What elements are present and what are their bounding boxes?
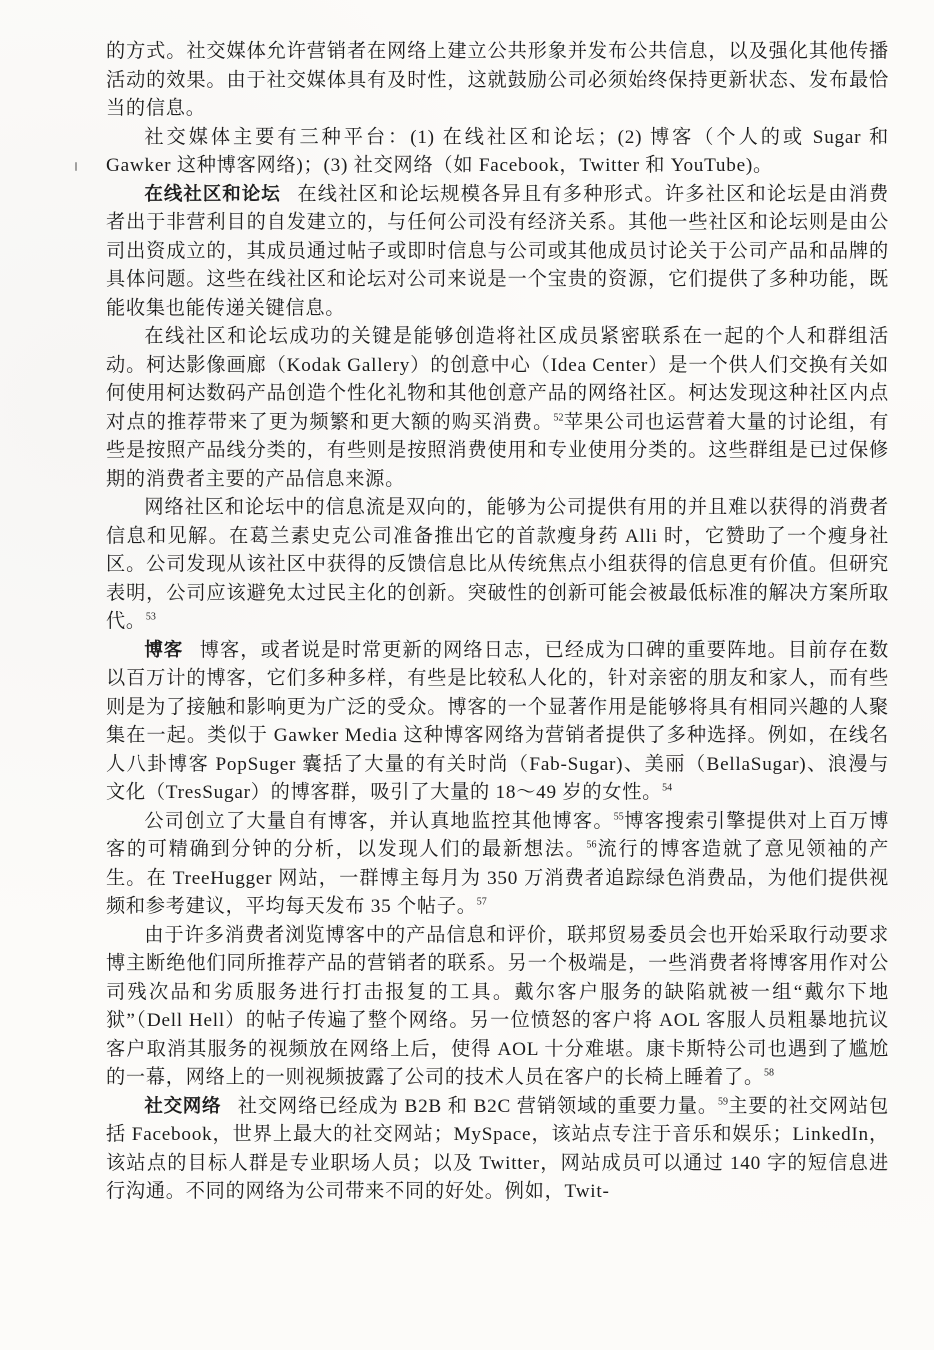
paragraph-continuation: 的方式。社交媒体允许营销者在网络上建立公共形象并发布公共信息，以及强化其他传播活… bbox=[106, 38, 889, 124]
footnote-marker: 52 bbox=[554, 412, 564, 423]
paragraph-information-flow: 网络社区和论坛中的信息流是双向的，能够为公司提供有用的并且难以获得的消费者信息和… bbox=[106, 494, 889, 637]
footnote-marker: 58 bbox=[764, 1068, 774, 1079]
paragraph-platforms: 社交媒体主要有三种平台：(1) 在线社区和论坛；(2) 博客（个人的或 Suga… bbox=[106, 124, 889, 181]
footnote-marker: 53 bbox=[146, 612, 156, 623]
section-heading-online-communities: 在线社区和论坛 bbox=[144, 184, 280, 205]
paragraph-blogs: 博客博客，或者说是时常更新的网络日志，已经成为口碑的重要阵地。目前存在数以百万计… bbox=[106, 637, 889, 808]
footnote-marker: 57 bbox=[477, 897, 487, 908]
footnote-marker: 59 bbox=[718, 1096, 728, 1107]
paragraph-text: 的方式。社交媒体允许营销者在网络上建立公共形象并发布公共信息，以及强化其他传播活… bbox=[106, 41, 889, 119]
document-page: 的方式。社交媒体允许营销者在网络上建立公共形象并发布公共信息，以及强化其他传播活… bbox=[106, 38, 889, 1207]
paragraph-social-networks: 社交网络社交网络已经成为 B2B 和 B2C 营销领域的重要力量。59主要的社交… bbox=[106, 1093, 889, 1207]
paragraph-company-blogs: 公司创立了大量自有博客，并认真地监控其他博客。55博客搜索引擎提供对上百万博客的… bbox=[106, 808, 889, 922]
paragraph-community-success: 在线社区和论坛成功的关键是能够创造将社区成员紧密联系在一起的个人和群组活动。柯达… bbox=[106, 323, 889, 494]
paragraph-text: 公司创立了大量自有博客，并认真地监控其他博客。 bbox=[144, 811, 613, 832]
section-heading-social-networks: 社交网络 bbox=[144, 1096, 221, 1117]
paragraph-text: 由于许多消费者浏览博客中的产品信息和评价，联邦贸易委员会也开始采取行动要求博主断… bbox=[106, 925, 889, 1089]
paragraph-text: 博客，或者说是时常更新的网络日志，已经成为口碑的重要阵地。目前存在数以百万计的博… bbox=[106, 640, 889, 804]
section-heading-blogs: 博客 bbox=[144, 640, 183, 661]
footnote-marker: 56 bbox=[587, 840, 597, 851]
paragraph-text: 社交网络已经成为 B2B 和 B2C 营销领域的重要力量。 bbox=[238, 1096, 718, 1117]
scan-speck bbox=[75, 162, 77, 171]
footnote-marker: 55 bbox=[614, 811, 624, 822]
footnote-marker: 54 bbox=[662, 783, 672, 794]
paragraph-ftc-and-complaints: 由于许多消费者浏览博客中的产品信息和评价，联邦贸易委员会也开始采取行动要求博主断… bbox=[106, 922, 889, 1093]
paragraph-text: 社交媒体主要有三种平台：(1) 在线社区和论坛；(2) 博客（个人的或 Suga… bbox=[106, 127, 889, 177]
paragraph-online-communities: 在线社区和论坛在线社区和论坛规模各异且有多种形式。许多社区和论坛是由消费者出于非… bbox=[106, 181, 889, 324]
paragraph-text: 网络社区和论坛中的信息流是双向的，能够为公司提供有用的并且难以获得的消费者信息和… bbox=[106, 497, 889, 632]
